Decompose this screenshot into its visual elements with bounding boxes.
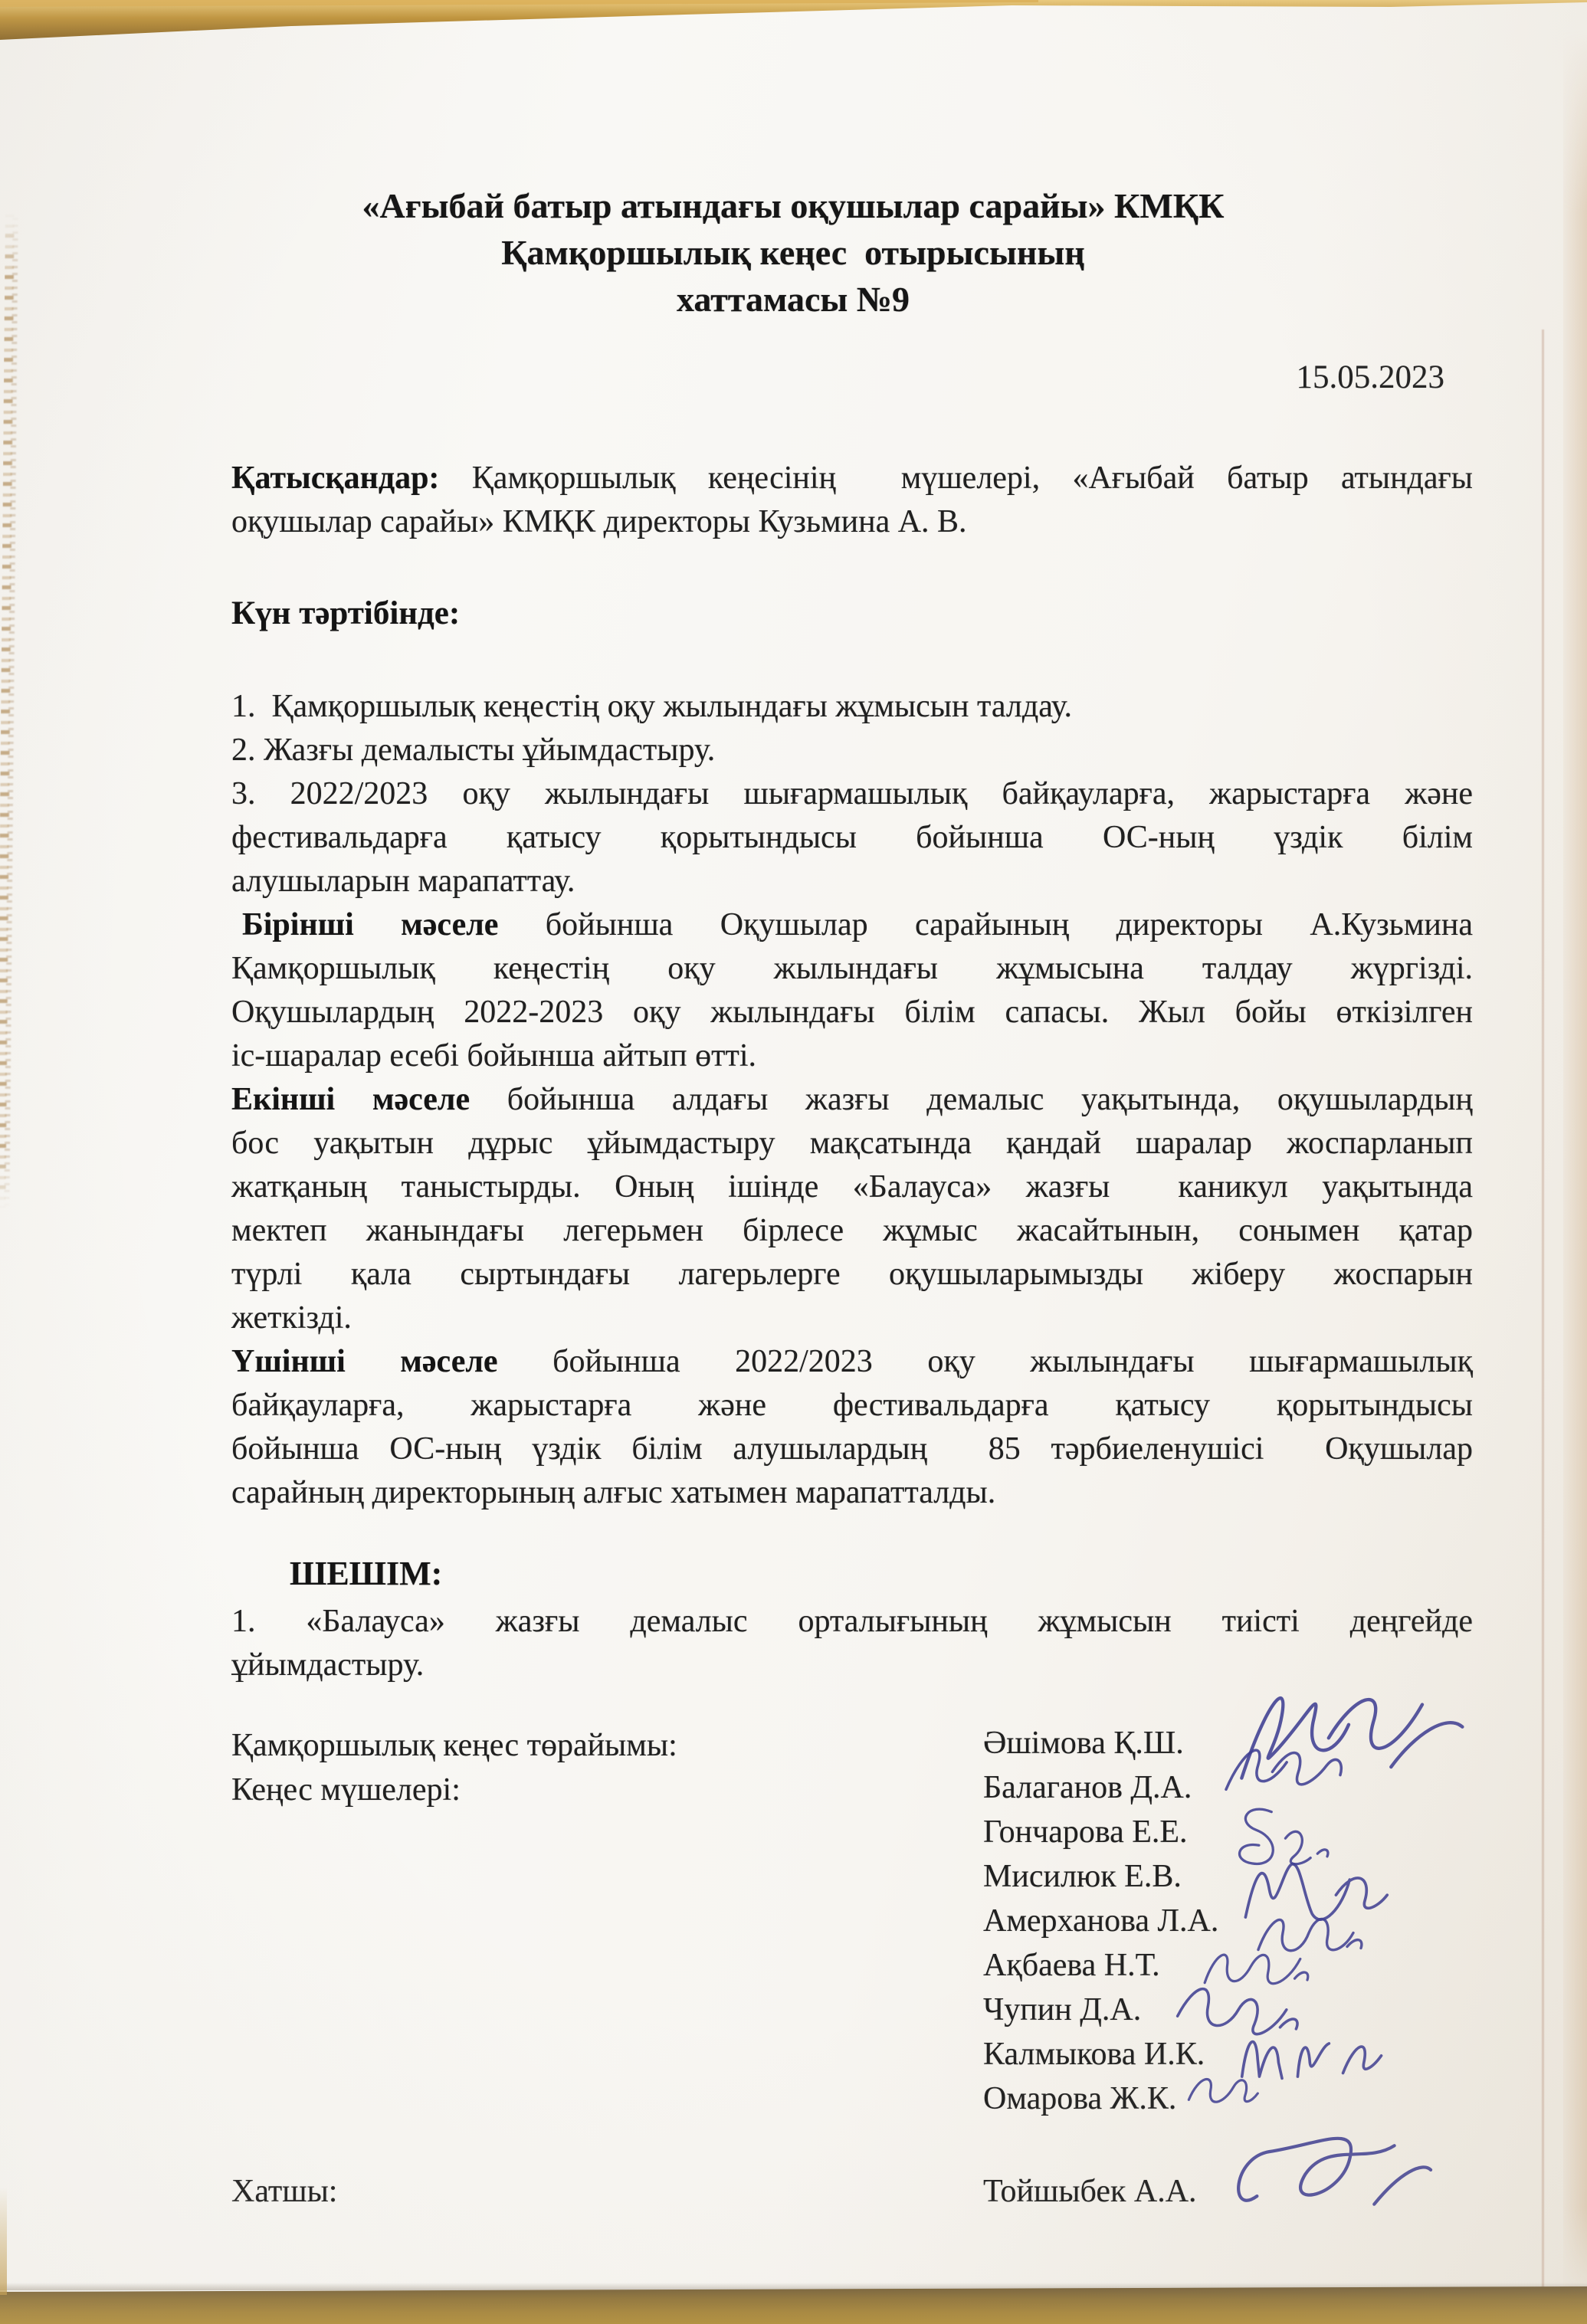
signatory-name: Балаганов Д.А.	[983, 1765, 1458, 1810]
signatory-name-chair: Әшімова Қ.Ш.	[983, 1721, 1458, 1765]
issue2-text: бойынша алдағы жазғы демалыс уақытында, …	[470, 1082, 1473, 1117]
desk-edge-top	[0, 0, 1587, 41]
issue2-paragraph: жатқаның таныстырды. Оның ішінде «Балаус…	[231, 1165, 1473, 1209]
agenda-item-3: 3. 2022/2023 оқу жылындағы шығармашылық …	[231, 772, 1473, 816]
page-edge-line	[1542, 329, 1544, 2291]
decision-item-1: ұйымдастыру.	[231, 1644, 1473, 1687]
issue2-paragraph: бос уақытын дұрыс ұйымдастыру мақсатында…	[231, 1122, 1473, 1165]
document-body: 1. Қамқоршылық кеңестің оқу жылындағы жұ…	[231, 685, 1473, 1515]
document-title: «Ағыбай батыр атындағы оқушылар сарайы» …	[172, 182, 1414, 323]
issue3-lead: Үшінші мәселе	[231, 1344, 498, 1379]
issue3-paragraph: сарайның директорының алғыс хатымен мара…	[231, 1471, 1473, 1515]
title-line-2: Қамқоршылық кеңес отырысының	[172, 229, 1414, 276]
issue2-paragraph: Екінші мәселе бойынша алдағы жазғы демал…	[231, 1078, 1473, 1122]
issue2-paragraph: жеткізді.	[231, 1296, 1473, 1340]
agenda-item-1: 1. Қамқоршылық кеңестің оқу жылындағы жұ…	[231, 685, 1473, 729]
decision-item-1: 1. «Балауса» жазғы демалыс орталығының ж…	[231, 1600, 1473, 1644]
signature-toishybek	[1215, 2109, 1437, 2235]
issue1-text: бойынша Оқушылар сарайының директоры А.К…	[498, 907, 1473, 942]
issue1-paragraph: Бірінші мәселе бойынша Оқушылар сарайыны…	[231, 903, 1473, 947]
issue2-paragraph: түрлі қала сыртындағы лагерьлерге оқушыл…	[231, 1253, 1473, 1296]
signatory-name: Чупин Д.А.	[983, 1988, 1458, 2032]
signatory-name: Калмыкова И.К.	[983, 2032, 1458, 2077]
decision-paragraph: 1. «Балауса» жазғы демалыс орталығының ж…	[231, 1600, 1473, 1687]
signatory-name: Ақбаева Н.Т.	[983, 1943, 1458, 1988]
title-line-1: «Ағыбай батыр атындағы оқушылар сарайы» …	[172, 182, 1414, 229]
participants-paragraph: Қатысқандар: Қамқоршылық кеңесінің мүшел…	[231, 457, 1473, 544]
participants-text: Қамқоршылық кеңесінің мүшелері, «Ағыбай …	[439, 461, 1473, 496]
issue1-paragraph: Оқушылардың 2022-2023 оқу жылындағы білі…	[231, 991, 1473, 1034]
secretary-label: Хатшы:	[231, 2173, 337, 2210]
participants-label: Қатысқандар:	[231, 461, 439, 496]
issue1-paragraph: іс-шаралар есебі бойынша айтып өтті.	[231, 1034, 1473, 1078]
signatory-name: Гончарова Е.Е.	[983, 1810, 1458, 1854]
page-edge-artifact	[0, 213, 25, 1209]
agenda-item-3: алушыларын марапаттау.	[231, 860, 1473, 903]
signatory-name: Мисилюк Е.В.	[983, 1854, 1458, 1899]
issue3-paragraph: байқауларға, жарыстарға және фестивальда…	[231, 1384, 1473, 1428]
agenda-item-2: 2. Жазғы демалысты ұйымдастыру.	[231, 729, 1473, 772]
issue1-paragraph: Қамқоршылық кеңестің оқу жылындағы жұмыс…	[231, 947, 1473, 991]
paragraph-line: Қатысқандар: Қамқоршылық кеңесінің мүшел…	[231, 457, 1473, 500]
paragraph-line: оқушылар сарайы» КМҚК директоры Кузьмина…	[231, 500, 1473, 544]
desk-edge-left	[0, 2188, 7, 2295]
issue3-paragraph: бойынша ОС-ның үздік білім алушылардың 8…	[231, 1428, 1473, 1471]
issue2-lead: Екінші мәселе	[231, 1082, 470, 1117]
issue3-text: бойынша 2022/2023 оқу жылындағы шығармаш…	[498, 1344, 1473, 1379]
secretary-name: Тойшыбек А.А.	[983, 2173, 1197, 2210]
decision-heading: ШЕШІМ:	[290, 1554, 442, 1593]
agenda-item-3: фестивальдарға қатысу қорытындысы бойынш…	[231, 816, 1473, 860]
issue1-lead: Бірінші мәселе	[242, 907, 498, 942]
chair-label: Қамқоршылық кеңес төрайымы:	[231, 1727, 677, 1764]
agenda-heading: Күн тәртібінде:	[231, 592, 1473, 635]
issue2-paragraph: мектеп жанындағы легерьмен бірлесе жұмыс…	[231, 1209, 1473, 1253]
title-line-3: хаттамасы №9	[172, 276, 1414, 323]
desk-edge-bottom	[0, 2286, 1587, 2324]
signatories-column: Әшімова Қ.Ш. Балаганов Д.А. Гончарова Е.…	[983, 1721, 1458, 2121]
issue3-paragraph: Үшінші мәселе бойынша 2022/2023 оқу жылы…	[231, 1340, 1473, 1384]
document-date: 15.05.2023	[231, 359, 1444, 396]
signatory-name: Амерханова Л.А.	[983, 1899, 1458, 1943]
scan-right-shadow	[1563, 31, 1587, 2299]
scanned-protocol-document: «Ағыбай батыр атындағы оқушылар сарайы» …	[0, 0, 1587, 2324]
members-label: Кеңес мүшелері:	[231, 1772, 461, 1808]
signatory-name: Омарова Ж.К.	[983, 2077, 1458, 2121]
